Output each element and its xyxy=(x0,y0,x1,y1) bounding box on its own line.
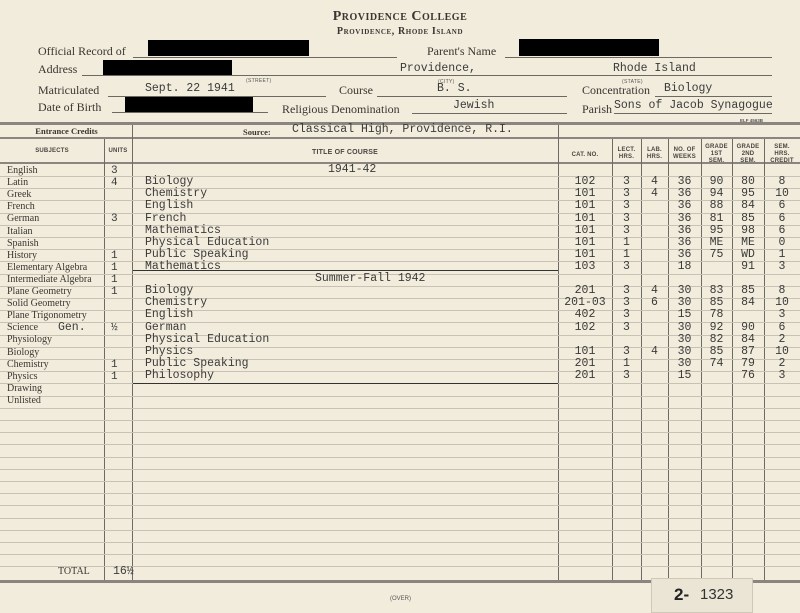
course-cat: 201 xyxy=(558,284,612,297)
course-weeks: 30 xyxy=(668,321,701,334)
course-g1: ME xyxy=(701,236,732,249)
entrance-units: 1 xyxy=(111,250,118,262)
course-credit: 1 xyxy=(764,248,800,261)
course-weeks: 30 xyxy=(668,284,701,297)
course-weeks: 15 xyxy=(668,369,701,382)
course-title: Physics xyxy=(145,345,193,358)
official-record-label: Official Record of xyxy=(38,44,126,59)
course-lect: 3 xyxy=(612,175,641,188)
course-g2: 90 xyxy=(732,321,764,334)
concentration-value: Biology xyxy=(664,82,712,95)
course-g2: 87 xyxy=(732,345,764,358)
course-title: French xyxy=(145,212,186,225)
address-label: Address xyxy=(38,62,77,77)
course-weeks: 36 xyxy=(668,175,701,188)
col-grade-1st: GRADE1STSEM. xyxy=(701,144,732,165)
course-credit: 2 xyxy=(764,357,800,370)
college-location: Providence, Rhode Island xyxy=(0,26,800,37)
ruled-line xyxy=(0,554,800,555)
course-credit: 6 xyxy=(764,224,800,237)
course-credit: 10 xyxy=(764,345,800,358)
course-cat: 101 xyxy=(558,236,612,249)
course-label: Course xyxy=(339,83,373,98)
ruled-line xyxy=(0,518,800,519)
course-weeks: 18 xyxy=(668,260,701,273)
entrance-units: 3 xyxy=(111,213,118,225)
course-lect: 3 xyxy=(612,224,641,237)
course-weeks: 36 xyxy=(668,248,701,261)
course-lect: 3 xyxy=(612,187,641,200)
ruled-line xyxy=(0,481,800,482)
course-lab: 6 xyxy=(641,296,668,309)
course-weeks: 30 xyxy=(668,345,701,358)
source-label: Source: xyxy=(243,127,271,137)
course-credit: 0 xyxy=(764,236,800,249)
course-g2: 84 xyxy=(732,199,764,212)
ruled-line xyxy=(0,493,800,494)
course-lect: 3 xyxy=(612,296,641,309)
entrance-subject: Elementary Algebra xyxy=(7,262,87,273)
entrance-subject: Spanish xyxy=(7,238,39,249)
course-cat: 101 xyxy=(558,345,612,358)
entrance-units: ½ xyxy=(111,322,118,334)
col-units: UNITS xyxy=(104,148,132,155)
course-credit: 6 xyxy=(764,321,800,334)
course-g1: 90 xyxy=(701,175,732,188)
course-cat: 101 xyxy=(558,199,612,212)
course-title: Mathematics xyxy=(145,224,221,237)
col-subjects: SUBJECTS xyxy=(0,148,104,155)
entrance-subject: Plane Trigonometry xyxy=(7,310,87,321)
course-weeks: 36 xyxy=(668,224,701,237)
course-lect: 3 xyxy=(612,260,641,273)
entrance-subject: French xyxy=(7,201,35,212)
course-g1: 74 xyxy=(701,357,732,370)
col-cat-no: CAT. NO. xyxy=(558,152,612,159)
course-title: Mathematics xyxy=(145,260,221,273)
course-lab: 4 xyxy=(641,175,668,188)
matriculated-value: Sept. 22 1941 xyxy=(145,82,235,95)
course-weeks: 30 xyxy=(668,333,701,346)
course-g2: 84 xyxy=(732,296,764,309)
course-weeks: 36 xyxy=(668,199,701,212)
entrance-subject: Physiology xyxy=(7,334,52,345)
entrance-subject: Solid Geometry xyxy=(7,298,71,309)
course-cat: 101 xyxy=(558,248,612,261)
course-g2: 85 xyxy=(732,212,764,225)
course-title: Physical Education xyxy=(145,236,269,249)
course-title: English xyxy=(145,308,193,321)
course-lect: 3 xyxy=(612,308,641,321)
course-cat: 101 xyxy=(558,187,612,200)
stamp-prefix: 2- xyxy=(674,585,689,605)
ruled-line xyxy=(0,457,800,458)
course-g2: ME xyxy=(732,236,764,249)
course-credit: 3 xyxy=(764,369,800,382)
religion-label: Religious Denomination xyxy=(282,102,400,117)
ruled-line xyxy=(0,432,800,433)
course-weeks: 30 xyxy=(668,296,701,309)
term-header-1941-42: 1941-42 xyxy=(328,163,376,176)
course-credit: 6 xyxy=(764,212,800,225)
course-g2: 91 xyxy=(732,260,764,273)
ruled-line xyxy=(0,530,800,531)
parents-name-label: Parent's Name xyxy=(427,44,496,59)
course-weeks: 36 xyxy=(668,187,701,200)
entrance-units: 1 xyxy=(111,371,118,383)
course-cat: 201 xyxy=(558,357,612,370)
course-g2: 84 xyxy=(732,333,764,346)
address-city: Providence, xyxy=(400,62,476,75)
course-g2: 79 xyxy=(732,357,764,370)
entrance-credits-label: Entrance Credits xyxy=(0,126,133,136)
entrance-subject: Unlisted xyxy=(7,395,41,406)
course-lect: 1 xyxy=(612,236,641,249)
course-g1: 82 xyxy=(701,333,732,346)
course-credit: 6 xyxy=(764,199,800,212)
course-g2: 95 xyxy=(732,187,764,200)
parish-label: Parish xyxy=(582,102,612,117)
course-lect: 3 xyxy=(612,345,641,358)
redacted-dob xyxy=(125,97,253,112)
entrance-units: 1 xyxy=(111,262,118,274)
matriculated-label: Matriculated xyxy=(38,83,99,98)
course-lect: 3 xyxy=(612,199,641,212)
col-lect-hrs: LECT.HRS. xyxy=(612,147,641,161)
stamp-number: 1323 xyxy=(700,586,733,603)
course-lect: 3 xyxy=(612,321,641,334)
entrance-subject: Science xyxy=(7,322,38,333)
course-lab: 4 xyxy=(641,284,668,297)
total-label: TOTAL xyxy=(58,566,90,577)
entrance-subject: Chemistry xyxy=(7,359,49,370)
ruled-line xyxy=(0,408,800,409)
course-title: Public Speaking xyxy=(145,357,249,370)
over-label: (OVER) xyxy=(390,596,411,602)
course-title: English xyxy=(145,199,193,212)
entrance-units: 1 xyxy=(111,359,118,371)
ruled-line xyxy=(0,420,800,421)
course-lab: 4 xyxy=(641,345,668,358)
course-credit: 8 xyxy=(764,284,800,297)
total-value: 16½ xyxy=(113,565,134,578)
ruled-line xyxy=(0,542,800,543)
ruled-line xyxy=(0,444,800,445)
course-g1: 85 xyxy=(701,345,732,358)
col-weeks: NO. OFWEEKS xyxy=(668,147,701,161)
entrance-units: 4 xyxy=(111,177,118,189)
course-cat: 101 xyxy=(558,212,612,225)
course-lab: 4 xyxy=(641,187,668,200)
entrance-subject: History xyxy=(7,250,37,261)
course-g1: 95 xyxy=(701,224,732,237)
course-g1: 88 xyxy=(701,199,732,212)
course-weeks: 36 xyxy=(668,212,701,225)
course-title: Philosophy xyxy=(145,369,214,382)
course-title: German xyxy=(145,321,186,334)
street-caption: (STREET) xyxy=(246,78,271,84)
course-g2: WD xyxy=(732,248,764,261)
college-title: Providence College xyxy=(0,9,800,25)
concentration-label: Concentration xyxy=(582,83,650,98)
col-lab-hrs: LAB.HRS. xyxy=(641,147,668,161)
religion-value: Jewish xyxy=(453,99,494,112)
course-title: Public Speaking xyxy=(145,248,249,261)
record-number-stamp: 2- 1323 xyxy=(651,578,753,613)
course-g1: 78 xyxy=(701,308,732,321)
entrance-subject: English xyxy=(7,165,38,176)
redacted-parent-name xyxy=(519,39,659,56)
col-grade-2nd: GRADE2NDSEM. xyxy=(732,144,764,165)
course-cat: 201 xyxy=(558,369,612,382)
entrance-subject: Plane Geometry xyxy=(7,286,72,297)
course-cat: 402 xyxy=(558,308,612,321)
course-lect: 3 xyxy=(612,369,641,382)
entrance-subject-note: Gen. xyxy=(58,321,86,334)
course-cat: 102 xyxy=(558,175,612,188)
course-title: Chemistry xyxy=(145,187,207,200)
course-lect: 1 xyxy=(612,357,641,370)
course-weeks: 36 xyxy=(668,236,701,249)
entrance-subject: Italian xyxy=(7,226,33,237)
course-credit: 8 xyxy=(764,175,800,188)
entrance-subject: Latin xyxy=(7,177,28,188)
entrance-subject: Intermediate Algebra xyxy=(7,274,92,285)
entrance-subject: German xyxy=(7,213,39,224)
entrance-units: 3 xyxy=(111,165,118,177)
col-title: TITLE OF COURSE xyxy=(132,149,558,156)
course-cat: 201-03 xyxy=(558,296,612,309)
course-lect: 3 xyxy=(612,284,641,297)
course-g1: 85 xyxy=(701,296,732,309)
course-g2: 85 xyxy=(732,284,764,297)
entrance-units: 1 xyxy=(111,286,118,298)
term-header-summer-fall-1942: Summer-Fall 1942 xyxy=(315,272,425,285)
course-cat: 103 xyxy=(558,260,612,273)
course-g1: 92 xyxy=(701,321,732,334)
course-credit: 3 xyxy=(764,308,800,321)
ruled-line xyxy=(0,469,800,470)
entrance-units: 1 xyxy=(111,274,118,286)
course-g1: 75 xyxy=(701,248,732,261)
redacted-student-name xyxy=(148,40,309,56)
entrance-subject: Drawing xyxy=(7,383,42,394)
course-value: B. S. xyxy=(437,82,472,95)
course-cat: 101 xyxy=(558,224,612,237)
ruled-line xyxy=(0,396,800,397)
course-credit: 2 xyxy=(764,333,800,346)
course-lect: 3 xyxy=(612,212,641,225)
course-g1: 83 xyxy=(701,284,732,297)
course-credit: 10 xyxy=(764,187,800,200)
course-cat: 102 xyxy=(558,321,612,334)
course-title: Chemistry xyxy=(145,296,207,309)
address-state: Rhode Island xyxy=(613,62,696,75)
course-g2: 80 xyxy=(732,175,764,188)
ruled-line xyxy=(0,505,800,506)
course-weeks: 15 xyxy=(668,308,701,321)
course-title: Physical Education xyxy=(145,333,269,346)
course-g2: 76 xyxy=(732,369,764,382)
source-value: Classical High, Providence, R.I. xyxy=(292,123,513,136)
course-weeks: 30 xyxy=(668,357,701,370)
course-g2: 98 xyxy=(732,224,764,237)
redacted-street xyxy=(103,60,232,75)
course-g1: 81 xyxy=(701,212,732,225)
entrance-subject: Physics xyxy=(7,371,38,382)
parish-value: Sons of Jacob Synagogue xyxy=(614,99,773,112)
course-title: Biology xyxy=(145,284,193,297)
entrance-subject: Biology xyxy=(7,347,39,358)
course-title: Biology xyxy=(145,175,193,188)
entrance-subject: Greek xyxy=(7,189,31,200)
col-credit: SEM.HRS.CREDIT xyxy=(764,144,800,165)
course-lect: 1 xyxy=(612,248,641,261)
course-g1: 94 xyxy=(701,187,732,200)
course-credit: 3 xyxy=(764,260,800,273)
course-credit: 10 xyxy=(764,296,800,309)
dob-label: Date of Birth xyxy=(38,100,101,115)
